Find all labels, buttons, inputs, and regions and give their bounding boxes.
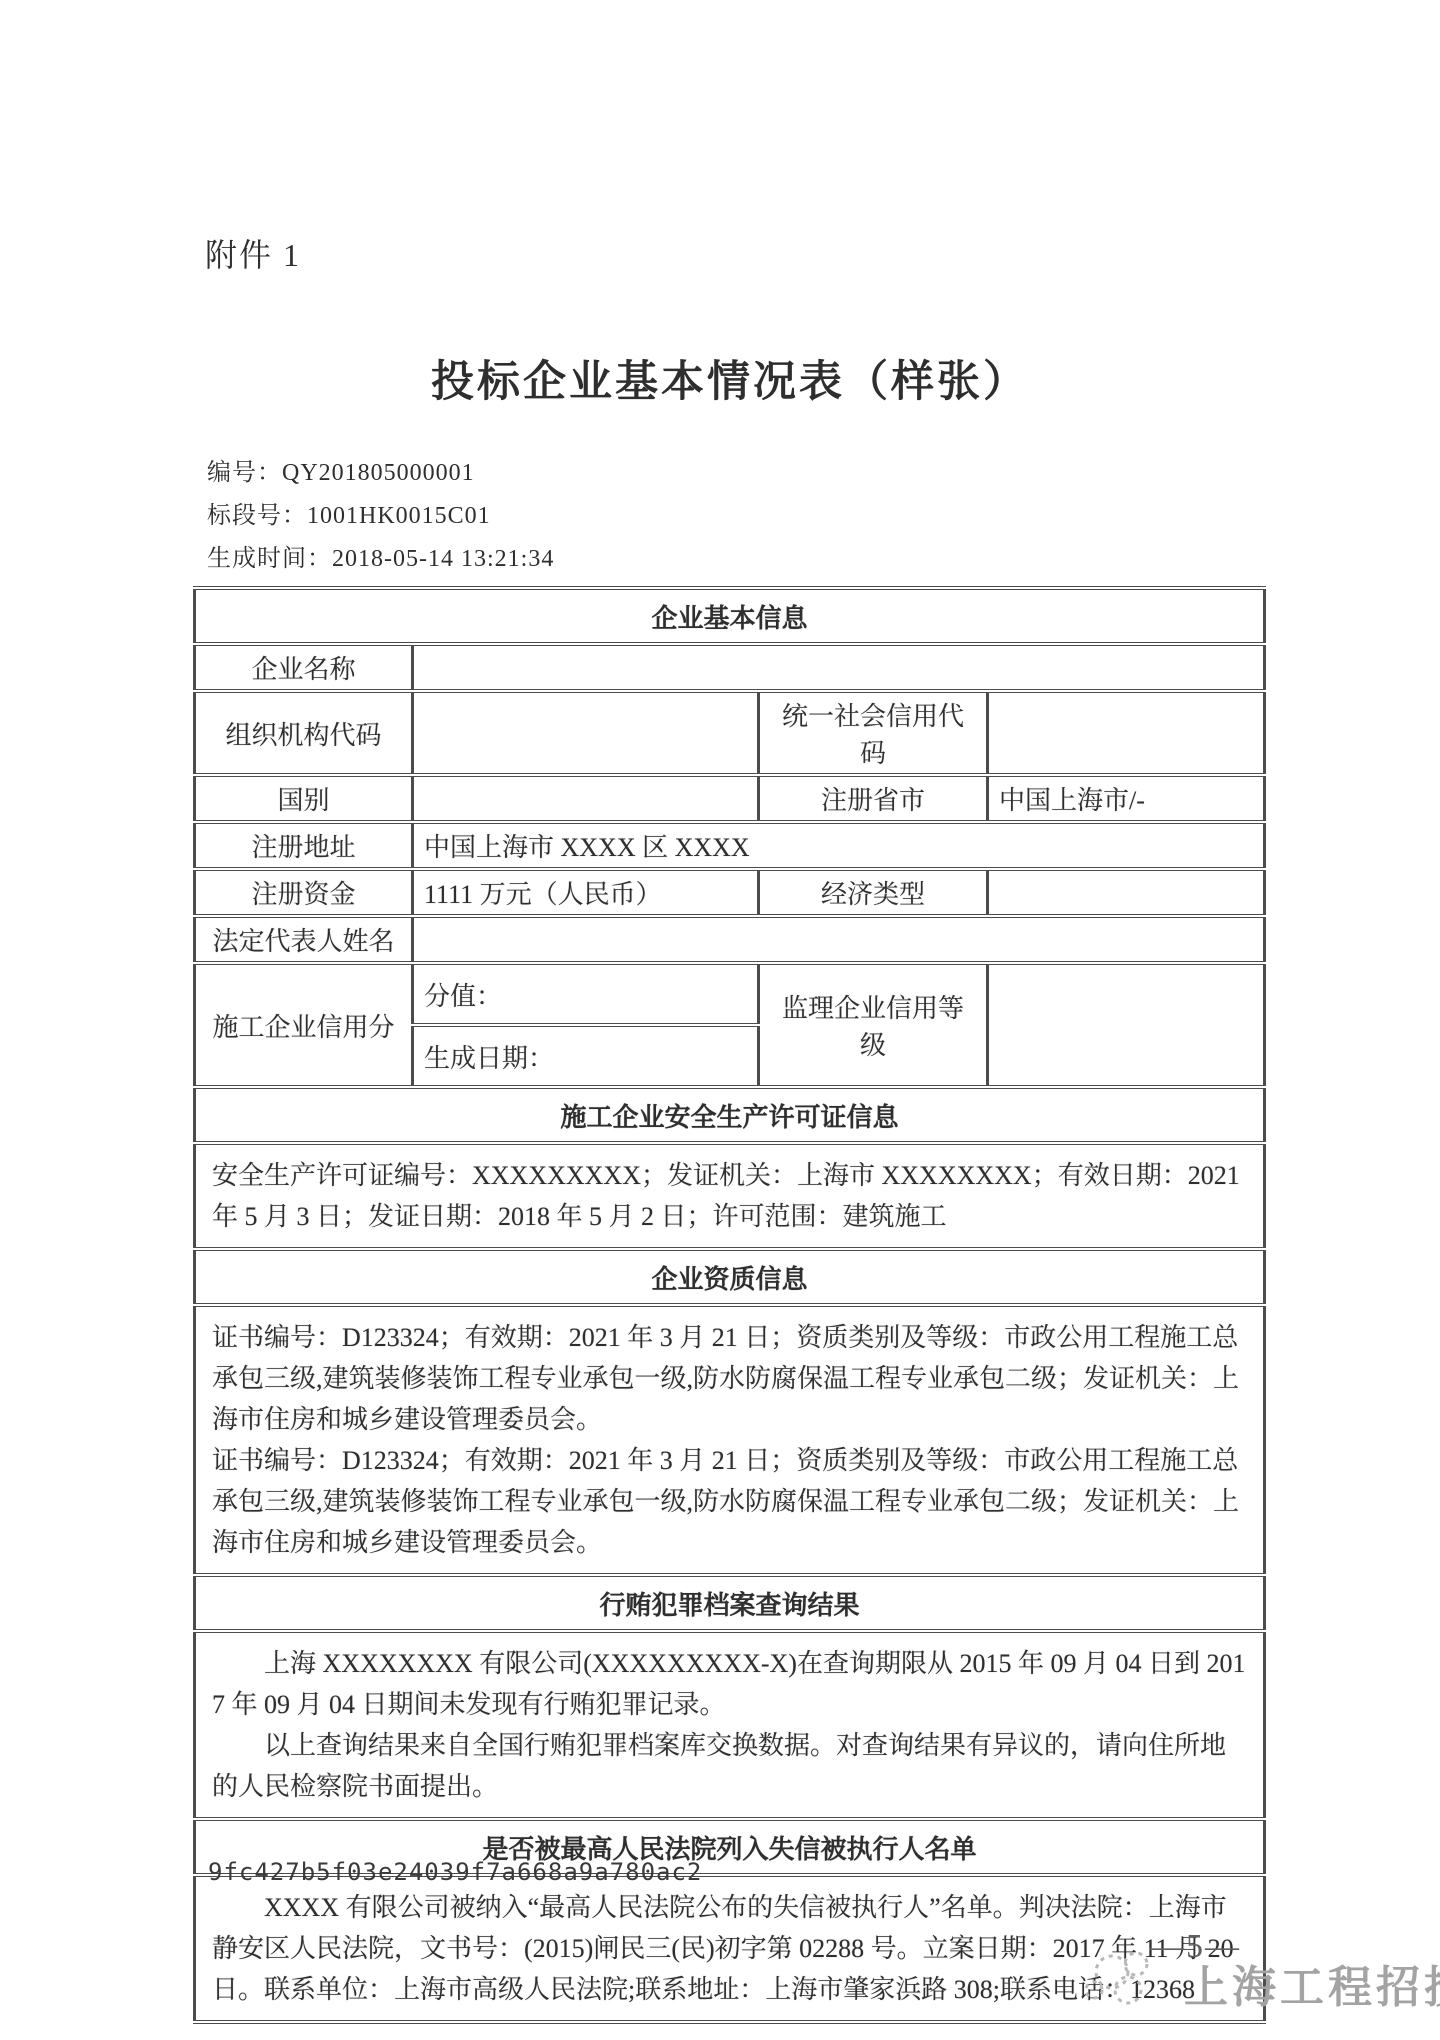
safety-license-content: 安全生产许可证编号：XXXXXXXXX；发证机关：上海市 XXXXXXXX；有效… bbox=[195, 1143, 1265, 1249]
bribery-paragraph-2: 以上查询结果来自全国行贿犯罪档案库交换数据。对查询结果有异议的，请向住所地的人民… bbox=[212, 1725, 1247, 1807]
generated-time-value: 2018-05-14 13:21:34 bbox=[332, 546, 554, 572]
credit-code-label: 统一社会信用代码 bbox=[759, 691, 988, 775]
doc-number-label: 编号： bbox=[207, 460, 282, 486]
credit-score-value-label: 分值： bbox=[413, 963, 759, 1025]
table-row: 上海 XXXXXXXX 有限公司(XXXXXXXXX-X)在查询期限从 2015… bbox=[195, 1631, 1265, 1819]
bid-section-value: 1001HK0015C01 bbox=[307, 503, 491, 529]
reg-province-label: 注册省市 bbox=[759, 775, 988, 822]
document-hash: 9fc427b5f03e24039f7a668a9a780ac2 bbox=[208, 1858, 702, 1886]
table-row: 注册资金 1111 万元（人民币） 经济类型 bbox=[195, 869, 1265, 916]
safety-license-paragraph: 安全生产许可证编号：XXXXXXXXX；发证机关：上海市 XXXXXXXX；有效… bbox=[212, 1155, 1247, 1237]
bribery-content: 上海 XXXXXXXX 有限公司(XXXXXXXXX-X)在查询期限从 2015… bbox=[195, 1631, 1265, 1819]
qualification-cert-2: 证书编号：D123324；有效期：2021 年 3 月 21 日；资质类别及等级… bbox=[212, 1440, 1247, 1563]
bid-section-line: 标段号：1001HK0015C01 bbox=[207, 495, 554, 538]
meta-block: 编号：QY201805000001 标段号：1001HK0015C01 生成时间… bbox=[207, 452, 554, 581]
reg-capital-value: 1111 万元（人民币） bbox=[413, 869, 759, 916]
page-title: 投标企业基本情况表（样张） bbox=[195, 348, 1265, 409]
country-label: 国别 bbox=[195, 775, 413, 822]
qualification-section-header: 企业资质信息 bbox=[195, 1249, 1265, 1305]
basic-info-section-header: 企业基本信息 bbox=[195, 588, 1265, 644]
bid-section-label: 标段号： bbox=[207, 503, 307, 529]
legal-rep-label: 法定代表人姓名 bbox=[195, 916, 413, 963]
table-row: 安全生产许可证编号：XXXXXXXXX；发证机关：上海市 XXXXXXXX；有效… bbox=[195, 1143, 1265, 1249]
table-row: 企业名称 bbox=[195, 644, 1265, 691]
credit-code-value-cell bbox=[988, 691, 1265, 775]
supervision-credit-label: 监理企业信用等级 bbox=[759, 963, 988, 1087]
generated-time-label: 生成时间： bbox=[207, 546, 332, 572]
table-row: 注册地址 中国上海市 XXXX 区 XXXX bbox=[195, 822, 1265, 869]
reg-address-label: 注册地址 bbox=[195, 822, 413, 869]
org-code-value-cell bbox=[413, 691, 759, 775]
table-row: 企业资质信息 bbox=[195, 1249, 1265, 1305]
company-name-label: 企业名称 bbox=[195, 644, 413, 691]
table-row: 组织机构代码 统一社会信用代码 bbox=[195, 691, 1265, 775]
company-name-value-cell bbox=[413, 644, 1265, 691]
supervision-credit-value-cell bbox=[988, 963, 1265, 1087]
table-row: 行贿犯罪档案查询结果 bbox=[195, 1575, 1265, 1631]
doc-number-value: QY201805000001 bbox=[282, 460, 475, 486]
reg-address-value: 中国上海市 XXXX 区 XXXX bbox=[413, 822, 1265, 869]
construction-credit-score-label: 施工企业信用分 bbox=[195, 963, 413, 1087]
table-row: 施工企业信用分 分值： 监理企业信用等级 bbox=[195, 963, 1265, 1025]
attachment-label: 附件 1 bbox=[205, 230, 301, 276]
table-row: 企业基本信息 bbox=[195, 588, 1265, 644]
bribery-section-header: 行贿犯罪档案查询结果 bbox=[195, 1575, 1265, 1631]
table-row: 证书编号：D123324；有效期：2021 年 3 月 21 日；资质类别及等级… bbox=[195, 1305, 1265, 1575]
table-row: 法定代表人姓名 bbox=[195, 916, 1265, 963]
qualification-cert-1: 证书编号：D123324；有效期：2021 年 3 月 21 日；资质类别及等级… bbox=[212, 1317, 1247, 1440]
reg-capital-label: 注册资金 bbox=[195, 869, 413, 916]
doc-number-line: 编号：QY201805000001 bbox=[207, 452, 554, 495]
table-row: 国别 注册省市 中国上海市/- bbox=[195, 775, 1265, 822]
watermark: 上海工程招投标 bbox=[1078, 1944, 1440, 2021]
document-page: 附件 1 投标企业基本情况表（样张） 编号：QY201805000001 标段号… bbox=[0, 0, 1440, 2040]
country-value-cell bbox=[413, 775, 759, 822]
generated-time-line: 生成时间：2018-05-14 13:21:34 bbox=[207, 538, 554, 581]
bribery-paragraph-1: 上海 XXXXXXXX 有限公司(XXXXXXXXX-X)在查询期限从 2015… bbox=[212, 1643, 1247, 1725]
legal-rep-value-cell bbox=[413, 916, 1265, 963]
page-number: —5— bbox=[1150, 1928, 1241, 1966]
economic-type-label: 经济类型 bbox=[759, 869, 988, 916]
org-code-label: 组织机构代码 bbox=[195, 691, 413, 775]
credit-gen-date-label: 生成日期： bbox=[413, 1025, 759, 1087]
reg-province-value: 中国上海市/- bbox=[988, 775, 1265, 822]
table-row: 施工企业安全生产许可证信息 bbox=[195, 1087, 1265, 1143]
economic-type-value-cell bbox=[988, 869, 1265, 916]
safety-license-section-header: 施工企业安全生产许可证信息 bbox=[195, 1087, 1265, 1143]
enterprise-info-table: 企业基本信息 企业名称 组织机构代码 统一社会信用代码 国别 注册省市 中国上海… bbox=[193, 586, 1266, 2024]
qualification-content: 证书编号：D123324；有效期：2021 年 3 月 21 日；资质类别及等级… bbox=[195, 1305, 1265, 1575]
